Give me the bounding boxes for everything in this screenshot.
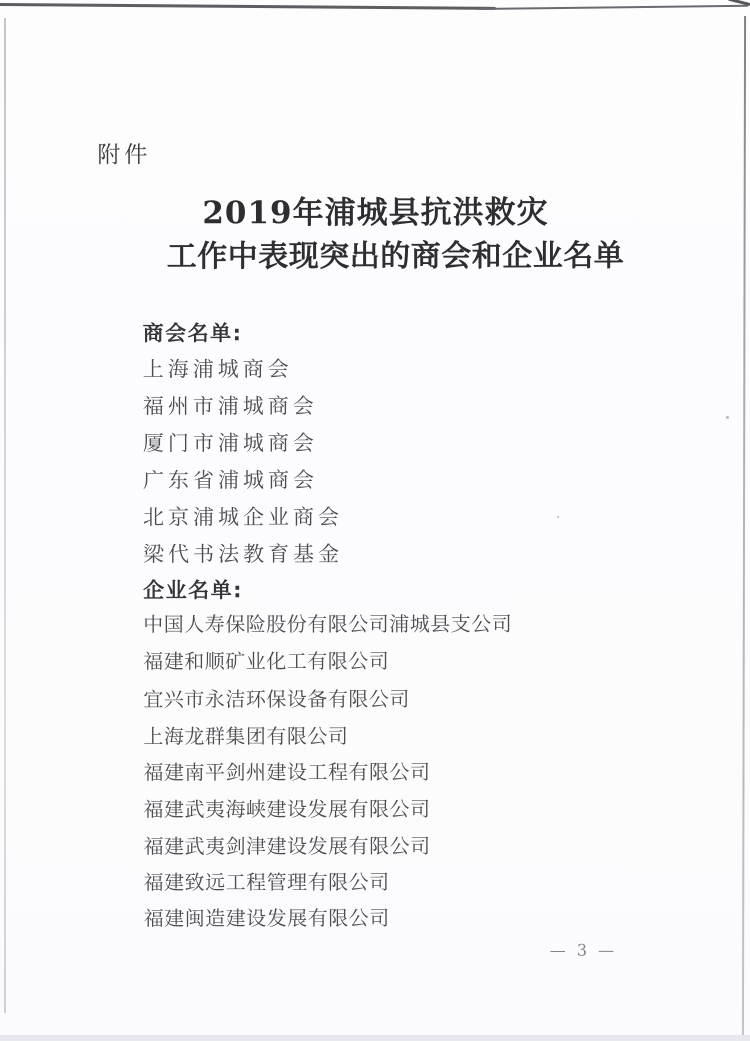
document-title-line2: 工作中表现突出的商会和企业名单 [21, 241, 750, 272]
company-list-item: 福建武夷剑津建设发展有限公司 [144, 835, 431, 859]
companies-section-heading: 企业名单: [143, 578, 243, 602]
company-list-item: 福建闽造建设发展有限公司 [144, 907, 390, 930]
scanned-document-page: 附件 2019年浦城县抗洪救灾 工作中表现突出的商会和企业名单 商会名单: 上海… [0, 0, 750, 1041]
company-list-item: 中国人寿保险股份有限公司浦城县支公司 [143, 613, 512, 637]
chamber-list-item: 广东省浦城商会 [143, 468, 318, 492]
attachment-label: 附件 [97, 136, 151, 169]
company-list-item: 福建和顺矿业化工有限公司 [143, 650, 389, 673]
document-title: 2019年浦城县抗洪救灾 工作中表现突出的商会和企业名单 [0, 197, 750, 272]
chambers-section-heading: 商会名单: [143, 321, 243, 345]
chamber-list-item: 厦门市浦城商会 [143, 431, 318, 455]
company-list-item: 福建武夷海峡建设发展有限公司 [143, 798, 430, 822]
chamber-list-item: 北京浦城企业商会 [143, 505, 343, 529]
chamber-list-item: 梁代书法教育基金 [143, 542, 343, 566]
company-list-item: 上海龙群集团有限公司 [143, 725, 348, 748]
company-list-item: 宜兴市永洁环保设备有限公司 [143, 688, 410, 711]
document-content: 附件 2019年浦城县抗洪救灾 工作中表现突出的商会和企业名单 商会名单: 上海… [0, 0, 750, 1041]
page-number: — 3 — [550, 941, 617, 960]
chamber-list-item: 福州市浦城商会 [143, 394, 318, 418]
company-list-item: 福建致远工程管理有限公司 [144, 871, 390, 894]
chamber-list-item: 上海浦城商会 [143, 357, 293, 381]
document-title-line1: 2019年浦城县抗洪救灾 [0, 197, 750, 229]
company-list-item: 福建南平剑州建设工程有限公司 [143, 761, 430, 785]
